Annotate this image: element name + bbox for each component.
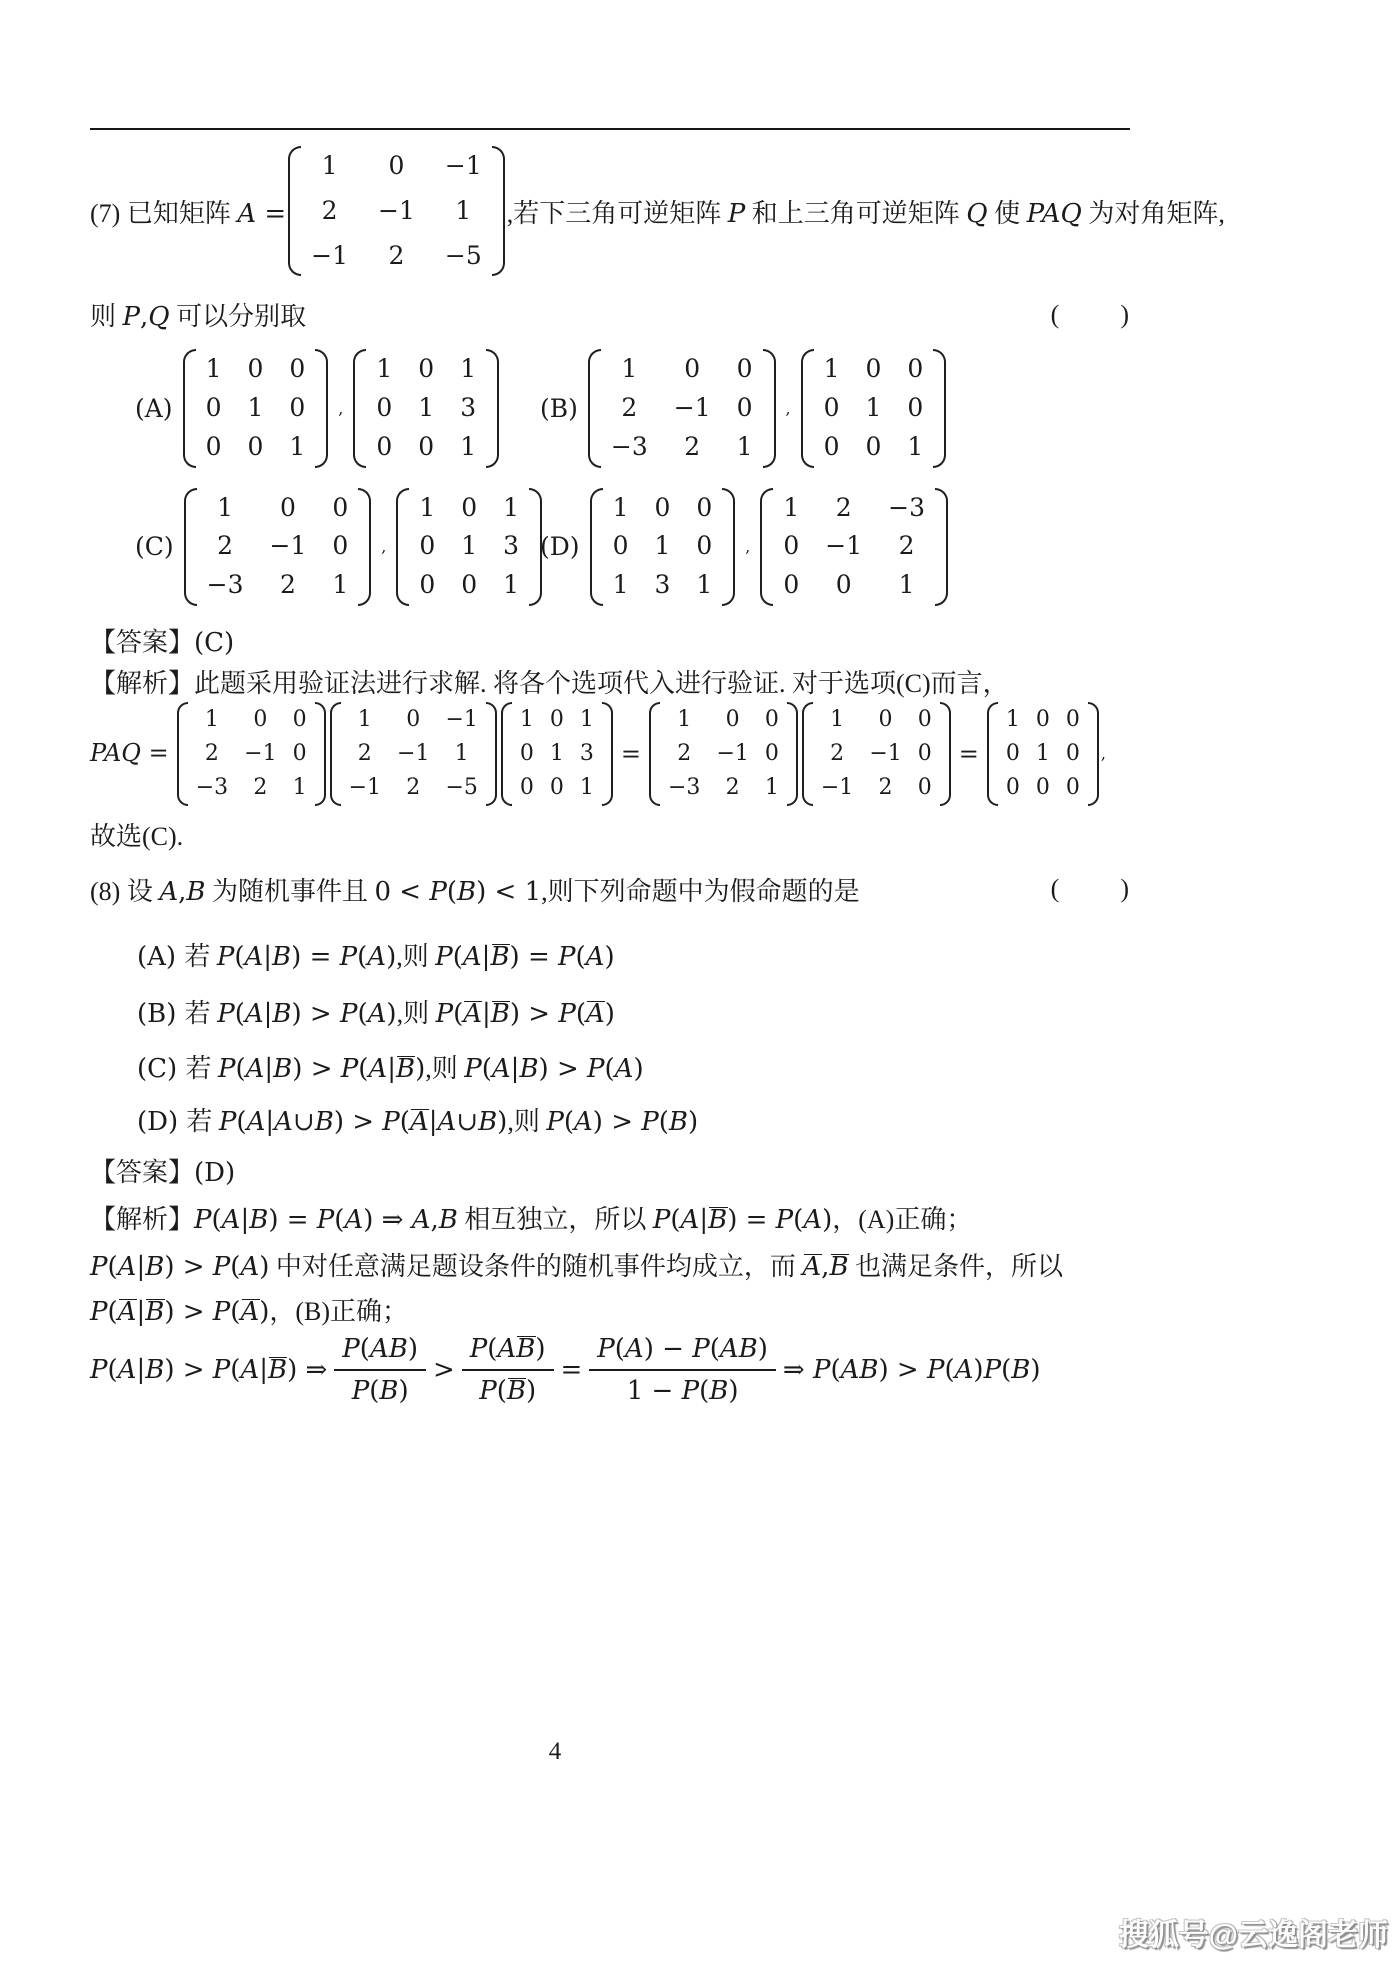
q8-stem-line: (8) 设 A,B 为随机事件且 0 < P(B) < 1,则下列命题中为假命题… bbox=[90, 871, 1130, 908]
comma-separator: , bbox=[786, 399, 791, 418]
q8-option-c-text: (C) 若 P(A|B) > P(A|B),则 P(A|B) > P(A) bbox=[137, 1048, 644, 1085]
q7-stem-pre: (7) 已知矩阵 A = bbox=[90, 193, 286, 230]
q7-analysis-text: 【解析】此题采用验证法进行求解. 将各个选项代入进行验证. 对于选项(C)而言， bbox=[90, 663, 1009, 700]
q8-answer-blank: ( ) bbox=[1051, 874, 1130, 904]
q8-answer-line: 【答案】(D) bbox=[90, 1152, 1130, 1189]
derivation-rhs: ⇒ P(AB) > P(A)P(B) bbox=[783, 1355, 1041, 1385]
q8-analysis-line-2: P(A|B) > P(A) 中对任意满足题设条件的随机事件均成立，而 A,B 也… bbox=[90, 1246, 1130, 1283]
q7-answer-blank: ( ) bbox=[1051, 300, 1130, 330]
q8-stem-text: (8) 设 A,B 为随机事件且 0 < P(B) < 1,则下列命题中为假命题… bbox=[90, 871, 860, 908]
q8-analysis-line-1: 【解析】P(A|B) = P(A) ⇒ A,B 相互独立，所以 P(A|B) =… bbox=[90, 1199, 1130, 1236]
q8-option-c: (C) 若 P(A|B) > P(A|B),则 P(A|B) > P(A) bbox=[90, 1048, 1130, 1085]
q7-stem2-line: 则 P,Q 可以分别取 ( ) bbox=[90, 296, 1130, 333]
q7-analysis-line: 【解析】此题采用验证法进行求解. 将各个选项代入进行验证. 对于选项(C)而言， bbox=[90, 663, 1130, 700]
paq-matrix-p: 1002−10−321 bbox=[177, 702, 326, 806]
q7-option-d-matrix-p: 100010131 bbox=[590, 488, 736, 606]
fraction-denominator: P(B) bbox=[352, 1371, 409, 1406]
fraction-denominator: P(B) bbox=[479, 1371, 536, 1406]
q7-option-d-matrix-q: 12−30−12001 bbox=[760, 488, 948, 606]
q7-answer-text: 【答案】(C) bbox=[90, 622, 234, 659]
q7-option-d: (D) 100010131 , 12−30−12001 bbox=[540, 488, 1130, 606]
comma-tail: , bbox=[1101, 744, 1106, 763]
q8-option-b-text: (B) 若 P(A|B) > P(A),则 P(A|B) > P(A) bbox=[137, 993, 615, 1030]
comma-separator: , bbox=[381, 537, 386, 556]
fraction-numerator: P(AB) bbox=[334, 1334, 426, 1371]
q7-options: (A) 100010001 , 101013001 (B) 1002−10−32… bbox=[90, 349, 1130, 606]
watermark: 搜狐号@云逸阁老师 bbox=[1119, 1910, 1388, 1954]
q7-option-c-label: (C) bbox=[135, 532, 174, 561]
q7-option-c: (C) 1002−10−321 , 101013001 bbox=[135, 488, 540, 606]
paq-matrix-p2: 1002−10−321 bbox=[649, 702, 798, 806]
q7-option-b: (B) 1002−10−321 , 100010001 bbox=[540, 349, 1130, 467]
fraction-denominator: 1 − P(B) bbox=[627, 1371, 739, 1406]
q8-option-a-text: (A) 若 P(A|B) = P(A),则 P(A|B) = P(A) bbox=[137, 936, 615, 973]
q7-option-a-matrix-p: 100010001 bbox=[183, 349, 329, 467]
q7-conclusion-text: 故选(C). bbox=[90, 816, 183, 853]
greater-than-sign: > bbox=[433, 1355, 455, 1385]
q7-paq-equation: PAQ = 1002−10−321 10−12−11−12−5 10101300… bbox=[90, 702, 1130, 806]
q7-answer-line: 【答案】(C) bbox=[90, 622, 1130, 659]
q8-analysis-3-text: P(A|B) > P(A)，(B)正确； bbox=[90, 1291, 408, 1328]
q8-analysis-line-3: P(A|B) > P(A)，(B)正确； bbox=[90, 1291, 1130, 1328]
comma-separator: , bbox=[338, 399, 343, 418]
q7-option-a-matrix-q: 101013001 bbox=[353, 349, 499, 467]
q8-option-d-text: (D) 若 P(A|A∪B) > P(A|A∪B),则 P(A) > P(B) bbox=[137, 1101, 698, 1138]
q7-stem-post: ,若下三角可逆矩阵 P 和上三角可逆矩阵 Q 使 PAQ 为对角矩阵, bbox=[507, 193, 1225, 230]
paq-matrix-aq: 1002−10−120 bbox=[802, 702, 951, 806]
equals-sign: = bbox=[621, 740, 641, 768]
paq-matrix-diagonal: 100010000 bbox=[987, 702, 1099, 806]
q7-option-b-matrix-q: 100010001 bbox=[801, 349, 947, 467]
q7-option-b-label: (B) bbox=[540, 394, 578, 423]
q8-option-d: (D) 若 P(A|A∪B) > P(A|A∪B),则 P(A) > P(B) bbox=[90, 1101, 1130, 1138]
q7-option-c-matrix-q: 101013001 bbox=[396, 488, 542, 606]
paq-matrix-q: 101013001 bbox=[501, 702, 613, 806]
q7-conclusion-line: 故选(C). bbox=[90, 816, 1130, 853]
q8-option-b: (B) 若 P(A|B) > P(A),则 P(A|B) > P(A) bbox=[90, 993, 1130, 1030]
page-number: 4 bbox=[90, 1738, 1020, 1766]
equals-sign: = bbox=[561, 1355, 583, 1385]
document-page: (7) 已知矩阵 A = 10−12−11−12−5 ,若下三角可逆矩阵 P 和… bbox=[0, 0, 1398, 1966]
equals-sign: = bbox=[959, 740, 979, 768]
comma-separator: , bbox=[745, 537, 750, 556]
paq-matrix-a: 10−12−11−12−5 bbox=[330, 702, 497, 806]
top-rule bbox=[90, 128, 1130, 130]
q7-option-a: (A) 100010001 , 101013001 bbox=[135, 349, 540, 467]
derivation-lhs: P(A|B) > P(A|B) ⇒ bbox=[90, 1355, 327, 1385]
q7-option-d-label: (D) bbox=[540, 532, 580, 561]
q8-derivation: P(A|B) > P(A|B) ⇒ P(AB) P(B) > P(AB) P(B… bbox=[90, 1334, 1130, 1406]
q8-analysis-2-text: P(A|B) > P(A) 中对任意满足题设条件的随机事件均成立，而 A,B 也… bbox=[90, 1246, 1063, 1283]
page-content: (7) 已知矩阵 A = 10−12−11−12−5 ,若下三角可逆矩阵 P 和… bbox=[90, 0, 1130, 1406]
q7-option-c-matrix-p: 1002−10−321 bbox=[184, 488, 372, 606]
matrix-a: 10−12−11−12−5 bbox=[288, 146, 505, 276]
q7-option-a-label: (A) bbox=[135, 394, 173, 423]
q8-analysis-1-text: 【解析】P(A|B) = P(A) ⇒ A,B 相互独立，所以 P(A|B) =… bbox=[90, 1199, 972, 1236]
q7-stem2-text: 则 P,Q 可以分别取 bbox=[90, 296, 306, 333]
q7-option-b-matrix-p: 1002−10−321 bbox=[588, 349, 776, 467]
fraction-numerator: P(A) − P(AB) bbox=[589, 1334, 776, 1371]
fraction-numerator: P(AB) bbox=[462, 1334, 554, 1371]
paq-lhs: PAQ = bbox=[90, 739, 169, 768]
fraction-pab-over-pb: P(AB) P(B) bbox=[334, 1334, 426, 1406]
q8-answer-text: 【答案】(D) bbox=[90, 1152, 235, 1189]
q8-option-a: (A) 若 P(A|B) = P(A),则 P(A|B) = P(A) bbox=[90, 936, 1130, 973]
fraction-pabbar-over-pbbar: P(AB) P(B) bbox=[462, 1334, 554, 1406]
q7-stem-line: (7) 已知矩阵 A = 10−12−11−12−5 ,若下三角可逆矩阵 P 和… bbox=[90, 146, 1130, 276]
fraction-difference: P(A) − P(AB) 1 − P(B) bbox=[589, 1334, 776, 1406]
